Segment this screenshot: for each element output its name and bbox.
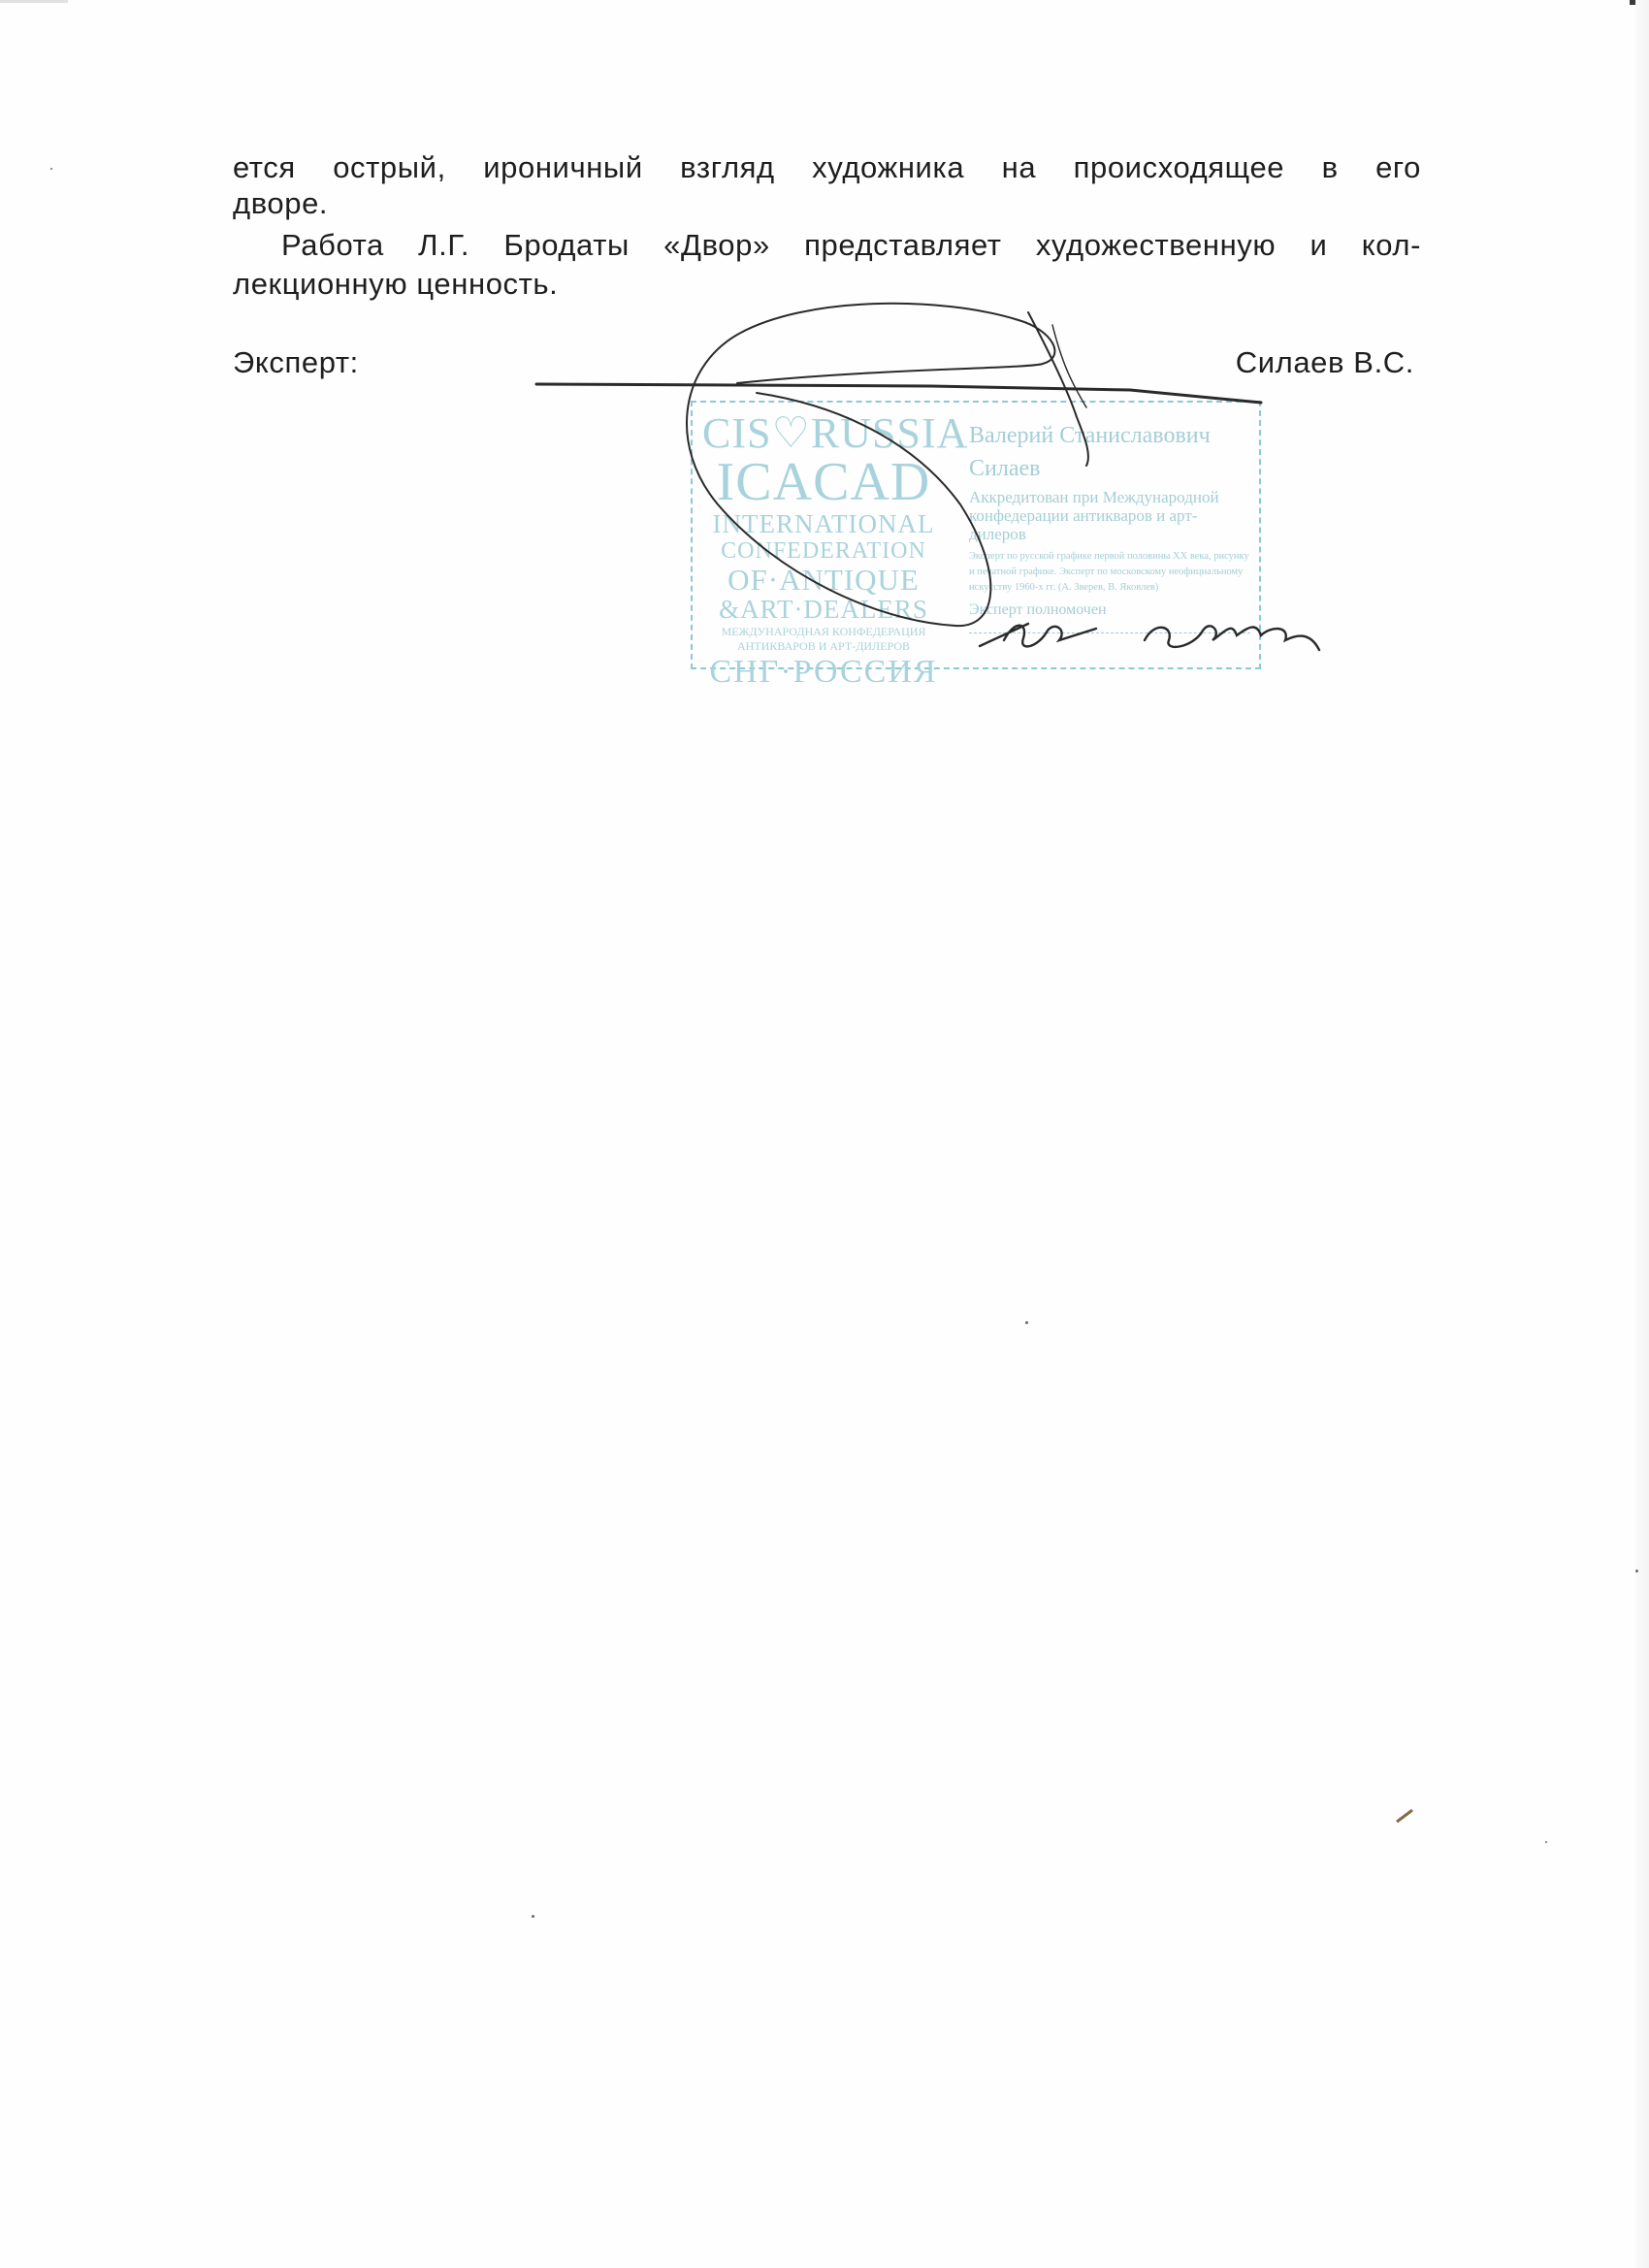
expert-label: Эксперт:: [233, 345, 359, 380]
text-line: лекционную ценность.: [233, 267, 558, 302]
handwritten-signature: [0, 0, 1649, 2268]
authority: Эксперт полномочен: [969, 601, 1250, 619]
logo-line: CIS♡RUSSIA: [702, 412, 945, 455]
expert-stamp: CIS♡RUSSIA ICACAD INTERNATIONAL CONFEDER…: [691, 401, 1261, 669]
text-line: ется острый, ироничный взгляд художника …: [233, 150, 1421, 185]
expertise: Эксперт по русской графике первой полови…: [969, 549, 1250, 595]
scan-edge: [0, 0, 68, 3]
logo-line: OF·ANTIQUE: [702, 565, 945, 595]
scan-speck: [50, 168, 52, 170]
text-line: Работа Л.Г. Бродаты «Двор» представляет …: [233, 228, 1421, 263]
stamp-holder-info: Валерий Станиславович Силаев Аккредитова…: [969, 420, 1250, 633]
scan-speck: [532, 1915, 534, 1918]
accreditation: Аккредитован при Международной конфедера…: [969, 489, 1250, 543]
logo-line: СНГ·РОССИЯ: [702, 656, 945, 689]
logo-line: &ART·DEALERS: [702, 597, 945, 623]
scan-speck: [1635, 1570, 1638, 1572]
scan-edge: [1635, 0, 1649, 2268]
scan-speck: [1025, 1321, 1028, 1324]
holder-first-name: Валерий Станиславович: [969, 420, 1250, 453]
expert-name: Силаев В.С.: [1236, 345, 1414, 380]
scan-speck: [1545, 1841, 1547, 1843]
text-line: дворе.: [233, 186, 328, 221]
logo-line: INTERNATIONAL: [702, 511, 945, 537]
logo-line: ICACAD: [702, 455, 945, 509]
logo-line: АНТИКВАРОВ И АРТ-ДИЛЕРОВ: [702, 640, 945, 652]
logo-line: МЕЖДУНАРОДНАЯ КОНФЕДЕРАЦИЯ: [702, 626, 945, 637]
holder-last-name: Силаев: [969, 453, 1250, 486]
logo-line: CONFEDERATION: [702, 539, 945, 563]
stamp-rule: [969, 632, 1250, 633]
document-page: ется острый, ироничный взгляд художника …: [0, 0, 1649, 2268]
icacad-logo: CIS♡RUSSIA ICACAD INTERNATIONAL CONFEDER…: [702, 412, 945, 689]
